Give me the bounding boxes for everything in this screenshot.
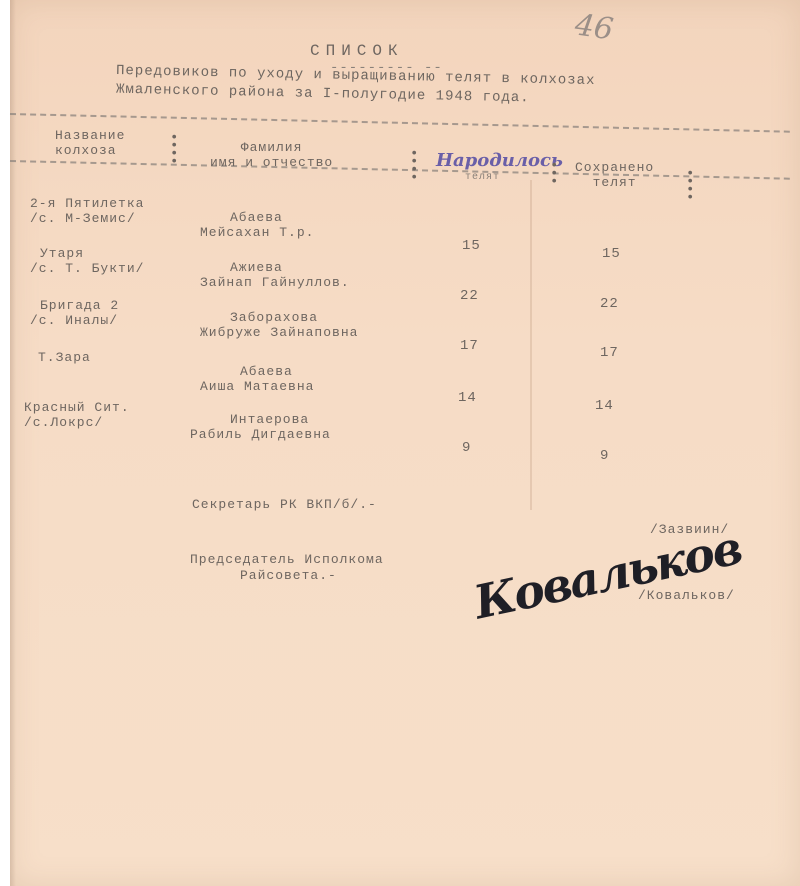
born-count: 9 — [462, 440, 471, 456]
saved-count: 15 — [602, 246, 621, 262]
row-kolkhoz: Красный Сит. /с.Локрс/ — [24, 400, 130, 430]
header-rule-top — [10, 113, 790, 133]
header-saved: Сохранено телят — [575, 160, 654, 190]
secretary-label: Секретарь РК ВКП/б/.- — [192, 497, 377, 512]
row-fio: Ажиева Зайнап Гайнуллов. — [200, 260, 350, 290]
chairman-label-2: Райсовета.- — [240, 568, 337, 583]
paper-fold-line — [530, 180, 532, 510]
archival-document-page: 46 СПИСОК --------- -- Передовиков по ух… — [10, 0, 800, 886]
row-kolkhoz: Утаря /с. Т. Букти/ — [30, 246, 144, 276]
row-fio: Заборахова Жибруже Зайнаповна — [200, 310, 358, 340]
born-count: 22 — [460, 288, 479, 304]
header-saved-line-2: телят — [575, 175, 654, 190]
column-separator: •••• — [410, 150, 418, 182]
row-kolkhoz: Бригада 2 /с. Иналы/ — [30, 298, 119, 328]
handwritten-signature: Ковальков — [469, 520, 745, 629]
surname: Абаева — [200, 364, 314, 379]
saved-count: 9 — [600, 448, 609, 464]
header-fio-line-2: имя и отчество — [210, 155, 333, 170]
column-separator: •••• — [686, 170, 694, 202]
header-born-typed: телят — [465, 172, 500, 183]
chairman-name: /Ковальков/ — [638, 588, 735, 603]
document-title: СПИСОК — [310, 42, 404, 60]
row-kolkhoz: Т.Зара — [30, 350, 91, 365]
page-number-pencil: 46 — [573, 8, 616, 48]
column-separator: ••• — [550, 162, 558, 186]
header-kolkhoz-line-1: Название — [55, 128, 125, 143]
row-fio: Абаева Мейсахан Т.р. — [200, 210, 314, 240]
kolkhoz-village: /с.Локрс/ — [24, 415, 130, 430]
surname: Ажиева — [200, 260, 350, 275]
kolkhoz-name: Утаря — [30, 246, 144, 261]
row-fio: Абаева Аиша Матаевна — [200, 364, 314, 394]
header-saved-line-1: Сохранено — [575, 160, 654, 175]
header-born-handwritten: Народилось — [436, 150, 563, 171]
kolkhoz-village: /с. Т. Букти/ — [30, 261, 144, 276]
saved-count: 22 — [600, 296, 619, 312]
kolkhoz-village: /с. М-Земис/ — [30, 211, 144, 226]
given-names: Зайнап Гайнуллов. — [200, 275, 350, 290]
column-separator: •••• — [170, 134, 178, 166]
saved-count: 14 — [595, 398, 614, 414]
header-fio: Фамилия имя и отчество — [210, 140, 333, 170]
row-fio: Интаерова Рабиль Дигдаевна — [190, 412, 331, 442]
kolkhoz-name: Бригада 2 — [30, 298, 119, 313]
header-kolkhoz: Название колхоза — [55, 128, 125, 158]
surname: Абаева — [200, 210, 314, 225]
born-count: 15 — [462, 238, 481, 254]
given-names: Мейсахан Т.р. — [200, 225, 314, 240]
surname: Заборахова — [200, 310, 358, 325]
born-count: 14 — [458, 390, 477, 406]
saved-count: 17 — [600, 345, 619, 361]
kolkhoz-name: Красный Сит. — [24, 400, 130, 415]
header-kolkhoz-line-2: колхоза — [55, 143, 125, 158]
surname: Интаерова — [190, 412, 331, 427]
header-fio-line-1: Фамилия — [210, 140, 333, 155]
given-names: Рабиль Дигдаевна — [190, 427, 331, 442]
kolkhoz-village: /с. Иналы/ — [30, 313, 119, 328]
kolkhoz-name: Т.Зара — [30, 350, 91, 365]
header-rule-bottom — [10, 160, 790, 180]
kolkhoz-name: 2-я Пятилетка — [30, 196, 144, 211]
given-names: Аиша Матаевна — [200, 379, 314, 394]
row-kolkhoz: 2-я Пятилетка /с. М-Земис/ — [30, 196, 144, 226]
born-count: 17 — [460, 338, 479, 354]
given-names: Жибруже Зайнаповна — [200, 325, 358, 340]
chairman-label-1: Председатель Исполкома — [190, 552, 384, 567]
